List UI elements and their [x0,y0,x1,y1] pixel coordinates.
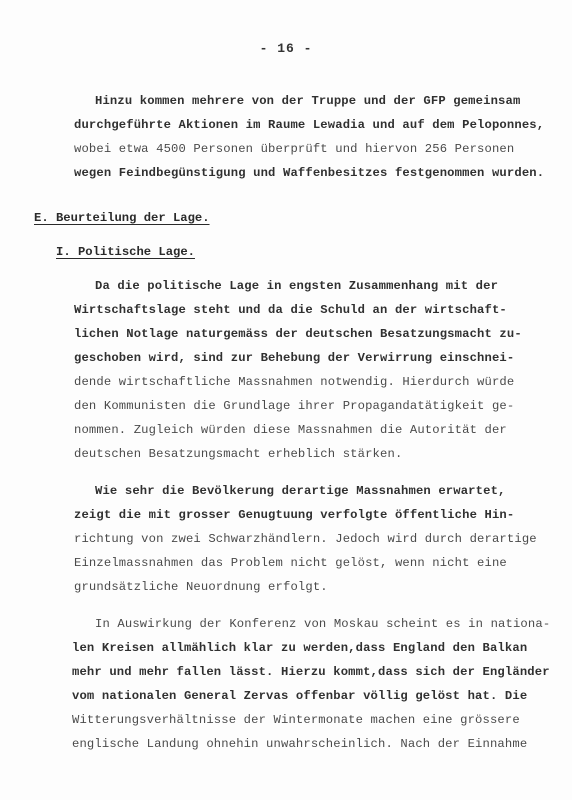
paragraph-2-line-3: richtung von zwei Schwarzhändlern. Jedoc… [74,532,537,546]
intro-line-2: durchgeführte Aktionen im Raume Lewadia … [74,118,544,132]
intro-line-4: wegen Feindbegünstigung und Waffenbesitz… [74,166,544,180]
paragraph-1-line-3: lichen Notlage naturgemäss der deutschen… [74,327,522,341]
paragraph-2-line-5: grundsätzliche Neuordnung erfolgt. [74,580,328,594]
paragraph-3-line-5: Witterungsverhältnisse der Wintermonate … [72,713,520,727]
paragraph-3-line-6: englische Landung ohnehin unwahrscheinli… [72,737,527,751]
section-heading: E. Beurteilung der Lage. [34,211,210,225]
paragraph-2-line-2: zeigt die mit grosser Genugtuung verfolg… [74,508,514,522]
page-number: - 16 - [0,41,572,56]
paragraph-3-line-2: len Kreisen allmählich klar zu werden,da… [72,641,527,655]
intro-line-1: Hinzu kommen mehrere von der Truppe und … [95,94,520,108]
paragraph-1-line-1: Da die politische Lage in engsten Zusamm… [95,279,498,293]
paragraph-1-line-8: deutschen Besatzungsmacht erheblich stär… [74,447,402,461]
document-page: - 16 - Hinzu kommen mehrere von der Trup… [0,0,572,800]
paragraph-2-line-4: Einzelmassnahmen das Problem nicht gelös… [74,556,507,570]
paragraph-1-line-2: Wirtschaftslage steht und da die Schuld … [74,303,507,317]
paragraph-1-line-4: geschoben wird, sind zur Behebung der Ve… [74,351,514,365]
paragraph-1-line-7: nommen. Zugleich würden diese Massnahmen… [74,423,507,437]
intro-line-3: wobei etwa 4500 Personen überprüft und h… [74,142,514,156]
subsection-heading: I. Politische Lage. [56,245,195,259]
paragraph-3-line-4: vom nationalen General Zervas offenbar v… [72,689,527,703]
paragraph-2-line-1: Wie sehr die Bevölkerung derartige Massn… [95,484,506,498]
paragraph-3-line-3: mehr und mehr fallen lässt. Hierzu kommt… [72,665,550,679]
paragraph-3-line-1: In Auswirkung der Konferenz von Moskau s… [95,617,550,631]
paragraph-1-line-5: dende wirtschaftliche Massnahmen notwend… [74,375,514,389]
paragraph-1-line-6: den Kommunisten die Grundlage ihrer Prop… [74,399,514,413]
